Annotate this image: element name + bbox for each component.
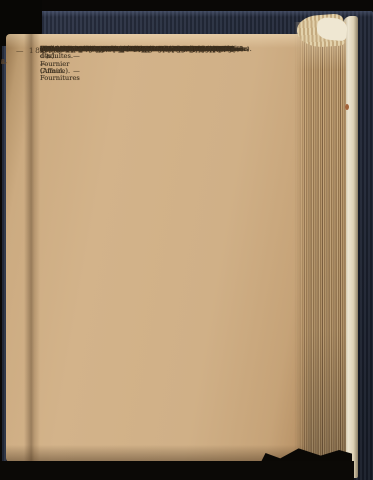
fragment-mark: - bbox=[1, 60, 3, 66]
gutter-fragments: -—d9.1-s-ita-—s.- bbox=[1, 60, 18, 356]
bottom-shadow bbox=[0, 461, 354, 480]
paper-blemish bbox=[345, 104, 349, 110]
gutter-crease bbox=[24, 34, 40, 462]
book-page bbox=[6, 34, 338, 462]
scanned-book-photo: -—d9.1-s-ita-—s.- — 1887 — (Revocation d… bbox=[0, 0, 373, 480]
text-line: traitements des). — Fournier (Affaire). … bbox=[40, 46, 80, 83]
fore-edge-page-stack bbox=[294, 22, 346, 462]
